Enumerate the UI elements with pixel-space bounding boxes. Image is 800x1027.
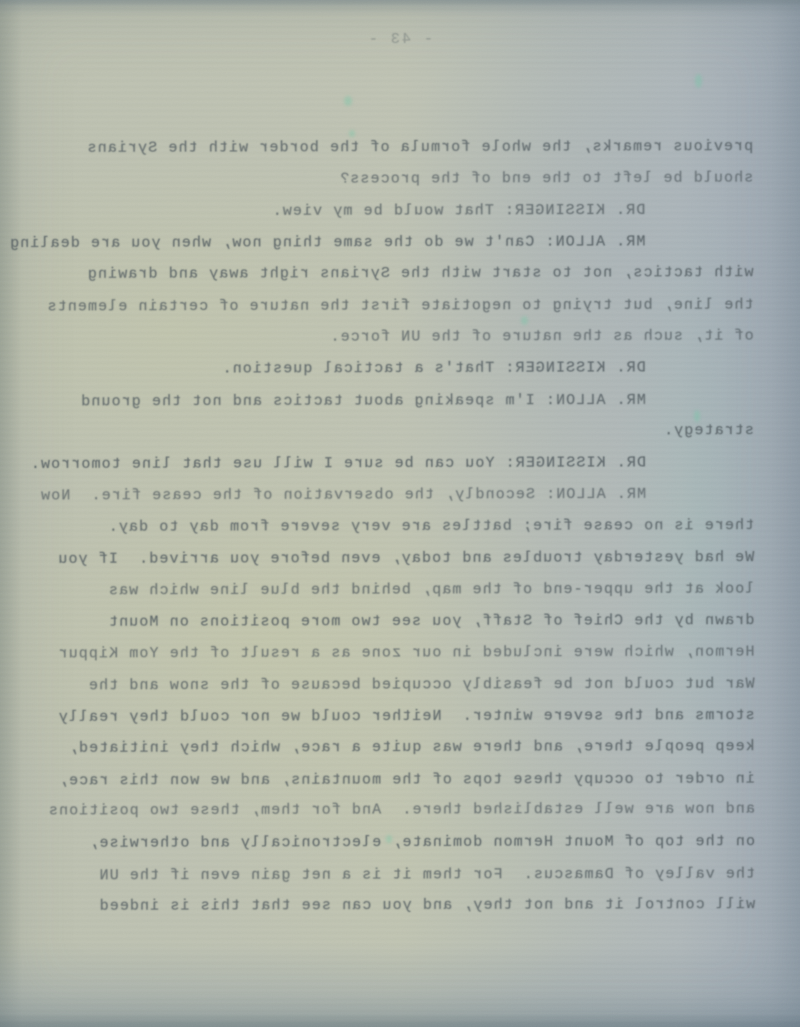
typewritten-line: MR. ALLON: Secondly, the observation of … [48, 478, 754, 511]
typewritten-line: storms and the severe winter. Neither co… [49, 700, 755, 733]
typewritten-line: on the top of Mount Hermon dominate, ele… [49, 826, 755, 859]
typewritten-line: with tactics, not to start with the Syri… [47, 257, 753, 290]
typewritten-line: strategy. [48, 415, 754, 448]
typewritten-line: We had yesterday troubles and today, eve… [48, 542, 754, 575]
typewritten-line: keep people there, and there was quite a… [49, 731, 755, 764]
typewritten-line: drawn by the Chief of Staff, you see two… [48, 605, 754, 638]
typewritten-line: previous remarks, the whole formula of t… [47, 131, 753, 164]
typewritten-line: DR. KISSINGER: That's a tactical questio… [48, 352, 754, 385]
typewritten-line: Hermon, which were included in our zone … [48, 636, 754, 669]
typewritten-line: War but could not be feasibly occupied b… [49, 669, 755, 702]
mirrored-bleedthrough-layer: - 43 - previous remarks, the whole formu… [48, 0, 754, 1027]
typewritten-line: the line, but trying to negotiate first … [48, 290, 754, 323]
typewritten-line: MR. ALLON: Can't we do the same thing no… [47, 226, 753, 259]
typewritten-line: and now are well established there. And … [49, 794, 755, 827]
typescript-text: previous remarks, the whole formula of t… [47, 131, 755, 923]
typewritten-line: look at the upper-end of the map, behind… [48, 574, 754, 607]
typewritten-line: in order to occupy these tops of the mou… [49, 763, 755, 796]
typewritten-line: there is no cease fire; battles are very… [48, 510, 754, 543]
typewritten-line: MR. ALLON: I'm speaking about tactics an… [48, 384, 754, 417]
page-number: - 43 - [47, 29, 753, 51]
scanned-document-page: - 43 - previous remarks, the whole formu… [0, 0, 800, 1027]
typewritten-line: the valley of Damascus. For them it is a… [49, 858, 755, 891]
typewritten-line: should be left to the end of the process… [47, 162, 753, 195]
typewritten-line: will control it and not they, and you ca… [49, 889, 755, 922]
typewritten-line: of it, such as the nature of the UN forc… [48, 320, 754, 353]
typescript-body: - 43 - previous remarks, the whole formu… [47, 0, 755, 923]
typewritten-line: DR. KISSINGER: That would be my view. [47, 195, 753, 228]
typewritten-line: DR. KISSINGER: You can be sure I will us… [48, 447, 754, 480]
